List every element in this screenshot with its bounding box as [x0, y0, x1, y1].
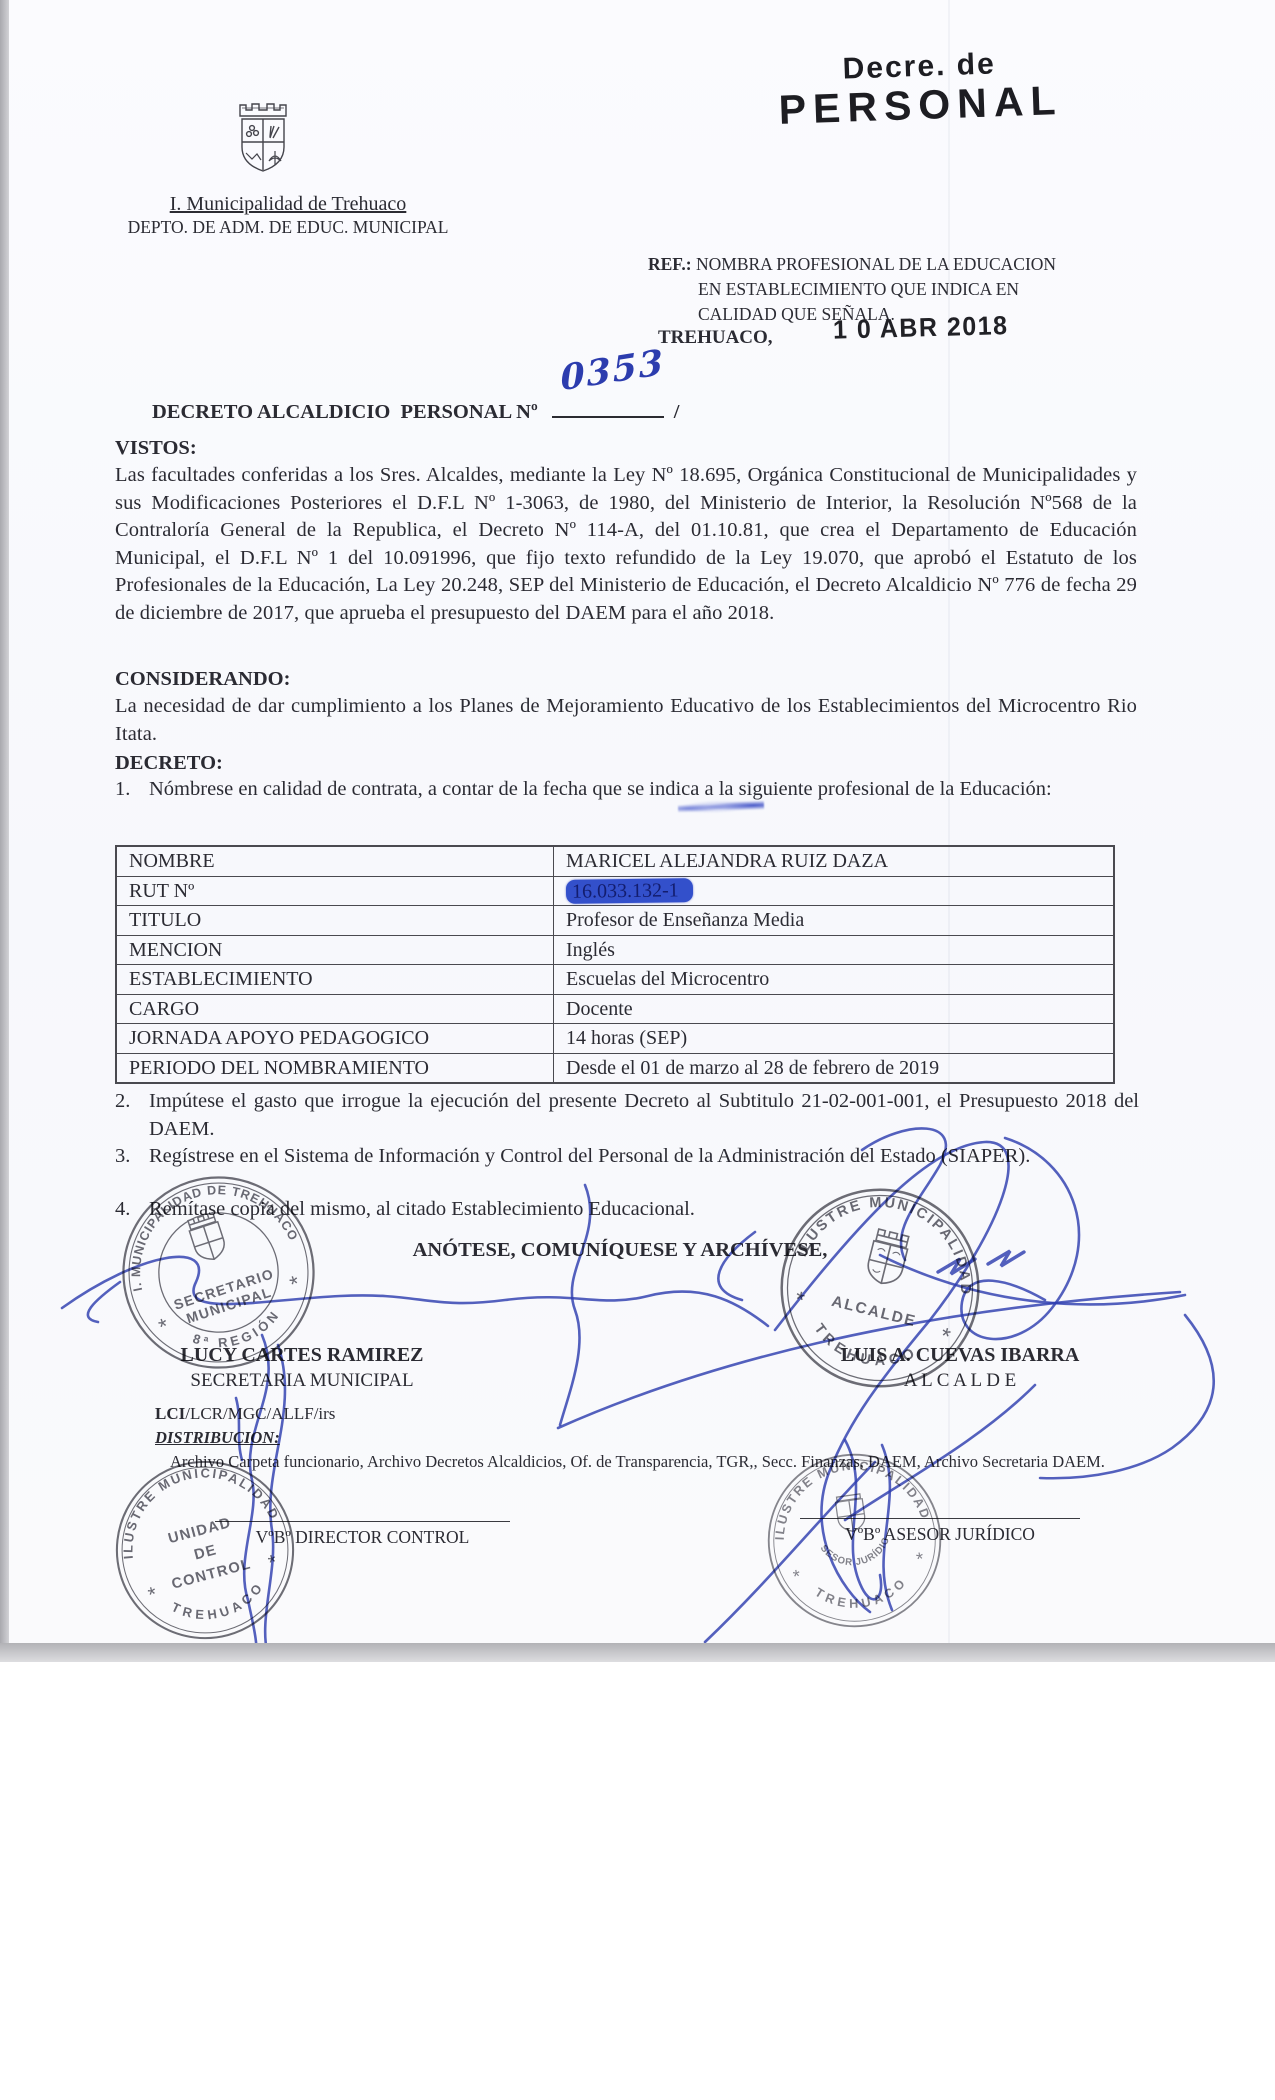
- stamp-center-line2: DE: [193, 1542, 219, 1563]
- date-ink-stamp: 1 0 ABR 2018: [833, 311, 1009, 346]
- stamp-center-line3: CONTROL: [170, 1556, 253, 1593]
- row-value: Desde el 01 de marzo al 28 de febrero de…: [554, 1054, 1113, 1083]
- row-label: TITULO: [117, 906, 554, 935]
- initials-rest: /LCR/MGC/ALLF/irs: [185, 1404, 335, 1423]
- decree-number-blank: [552, 398, 664, 418]
- table-row: MENCION Inglés: [117, 935, 1113, 965]
- row-value: 16.033.132-1: [554, 877, 1113, 906]
- initials-bold: LCI: [155, 1404, 185, 1423]
- decreto-item-1: 1. Nómbrese en calidad de contrata, a co…: [115, 776, 1139, 804]
- appointment-table: NOMBRE MARICEL ALEJANDRA RUIZ DAZA RUT N…: [115, 845, 1115, 1084]
- stamp-star-right: *: [266, 1551, 280, 1575]
- vistos-heading: VISTOS:: [115, 437, 197, 460]
- decree-line-suffix: /: [674, 401, 680, 423]
- dateline-city: TREHUACO,: [658, 327, 773, 349]
- item-number: 1.: [115, 776, 149, 804]
- stamp-star-right: *: [287, 1271, 303, 1298]
- row-label: ESTABLECIMIENTO: [117, 965, 554, 994]
- paper-sheet: [9, 0, 1275, 1643]
- ref-text2: EN ESTABLECIMIENTO QUE INDICA EN: [648, 277, 1108, 302]
- stamp-center-line1: ALCALDE: [830, 1293, 919, 1331]
- redacted-rut-value: 16.033.132-1: [566, 878, 693, 904]
- stamp-shield-icon: [864, 1229, 910, 1288]
- drafting-initials: LCI/LCR/MGC/ALLF/irs: [155, 1404, 335, 1424]
- table-row: CARGO Docente: [117, 994, 1113, 1024]
- ref-text1: NOMBRA PROFESIONAL DE LA EDUCACION: [696, 254, 1056, 274]
- stamp-star-left: *: [792, 1565, 802, 1587]
- stamp-star-right: *: [915, 1548, 925, 1570]
- ref-label: REF.:: [648, 254, 692, 274]
- scan-edge-bottom: [0, 1643, 1275, 1662]
- ref-line1: REF.: NOMBRA PROFESIONAL DE LA EDUCACION: [648, 252, 1108, 277]
- item-text: Nómbrese en calidad de contrata, a conta…: [149, 776, 1139, 804]
- row-label: JORNADA APOYO PEDAGOGICO: [117, 1024, 554, 1053]
- row-label: RUT Nº: [117, 877, 554, 906]
- table-row: RUT Nº 16.033.132-1: [117, 876, 1113, 906]
- doc-type-ink-stamp: Decre. de PERSONAL: [759, 44, 1082, 134]
- stamp-shield-icon: [186, 1212, 228, 1264]
- stamp-star-right: *: [938, 1322, 953, 1349]
- vistos-body: Las facultades conferidas a los Sres. Al…: [115, 462, 1137, 628]
- svg-text:TREHUACO: TREHUACO: [811, 1573, 913, 1618]
- table-row: NOMBRE MARICEL ALEJANDRA RUIZ DAZA: [117, 847, 1113, 876]
- item-text: Regístrese en el Sistema de Información …: [149, 1143, 1139, 1171]
- stamp-shield-icon: [835, 1494, 867, 1534]
- blue-ink-smudge: [678, 798, 764, 816]
- stamp-star-left: *: [156, 1313, 172, 1340]
- considerando-body: La necesidad de dar cumplimiento a los P…: [115, 693, 1137, 748]
- row-label: CARGO: [117, 995, 554, 1024]
- considerando-heading: CONSIDERANDO:: [115, 668, 290, 691]
- org-name: I. Municipalidad de Trehuaco: [122, 193, 454, 216]
- decree-number-line: DECRETO ALCALDICIO PERSONAL Nº/: [152, 398, 679, 424]
- decree-line-label: DECRETO ALCALDICIO PERSONAL Nº: [152, 401, 538, 423]
- row-label: NOMBRE: [117, 847, 554, 876]
- org-department: DEPTO. DE ADM. DE EDUC. MUNICIPAL: [122, 217, 454, 238]
- decreto-heading: DECRETO:: [115, 752, 223, 775]
- table-row: TITULO Profesor de Enseñanza Media: [117, 905, 1113, 935]
- item-number: 3.: [115, 1143, 149, 1171]
- stamp-star-left: *: [792, 1286, 807, 1313]
- municipal-coat-of-arms-logo: [232, 95, 294, 187]
- row-value: MARICEL ALEJANDRA RUIZ DAZA: [554, 847, 1113, 876]
- stamp-arc-bottom: TREHUACO: [811, 1573, 913, 1618]
- row-value: Docente: [554, 995, 1113, 1024]
- item-text: Impútese el gasto que irrogue la ejecuci…: [149, 1088, 1139, 1143]
- stamp-star-left: *: [146, 1583, 160, 1607]
- row-value: 14 horas (SEP): [554, 1024, 1113, 1053]
- item-number: 2.: [115, 1088, 149, 1143]
- table-row: JORNADA APOYO PEDAGOGICO 14 horas (SEP): [117, 1023, 1113, 1053]
- row-value: Escuelas del Microcentro: [554, 965, 1113, 994]
- scan-edge-left: [0, 0, 9, 1643]
- distribution-list: Archivo Carpeta funcionario, Archivo Dec…: [170, 1452, 1150, 1472]
- stamp-asesor-juridico: ILUSTRE MUNICIPALIDAD TREHUACO ASESOR JU…: [750, 1436, 959, 1645]
- decreto-item-2: 2. Impútese el gasto que irrogue la ejec…: [115, 1088, 1139, 1143]
- scanned-decree-page: I. Municipalidad de Trehuaco DEPTO. DE A…: [0, 0, 1275, 2100]
- table-row: PERIODO DEL NOMBRAMIENTO Desde el 01 de …: [117, 1053, 1113, 1083]
- row-label: MENCION: [117, 936, 554, 965]
- row-value: Profesor de Enseñanza Media: [554, 906, 1113, 935]
- table-row: ESTABLECIMIENTO Escuelas del Microcentro: [117, 964, 1113, 994]
- row-value: Inglés: [554, 936, 1113, 965]
- stamp-center-line1: UNIDAD: [167, 1515, 234, 1547]
- row-label: PERIODO DEL NOMBRAMIENTO: [117, 1054, 554, 1083]
